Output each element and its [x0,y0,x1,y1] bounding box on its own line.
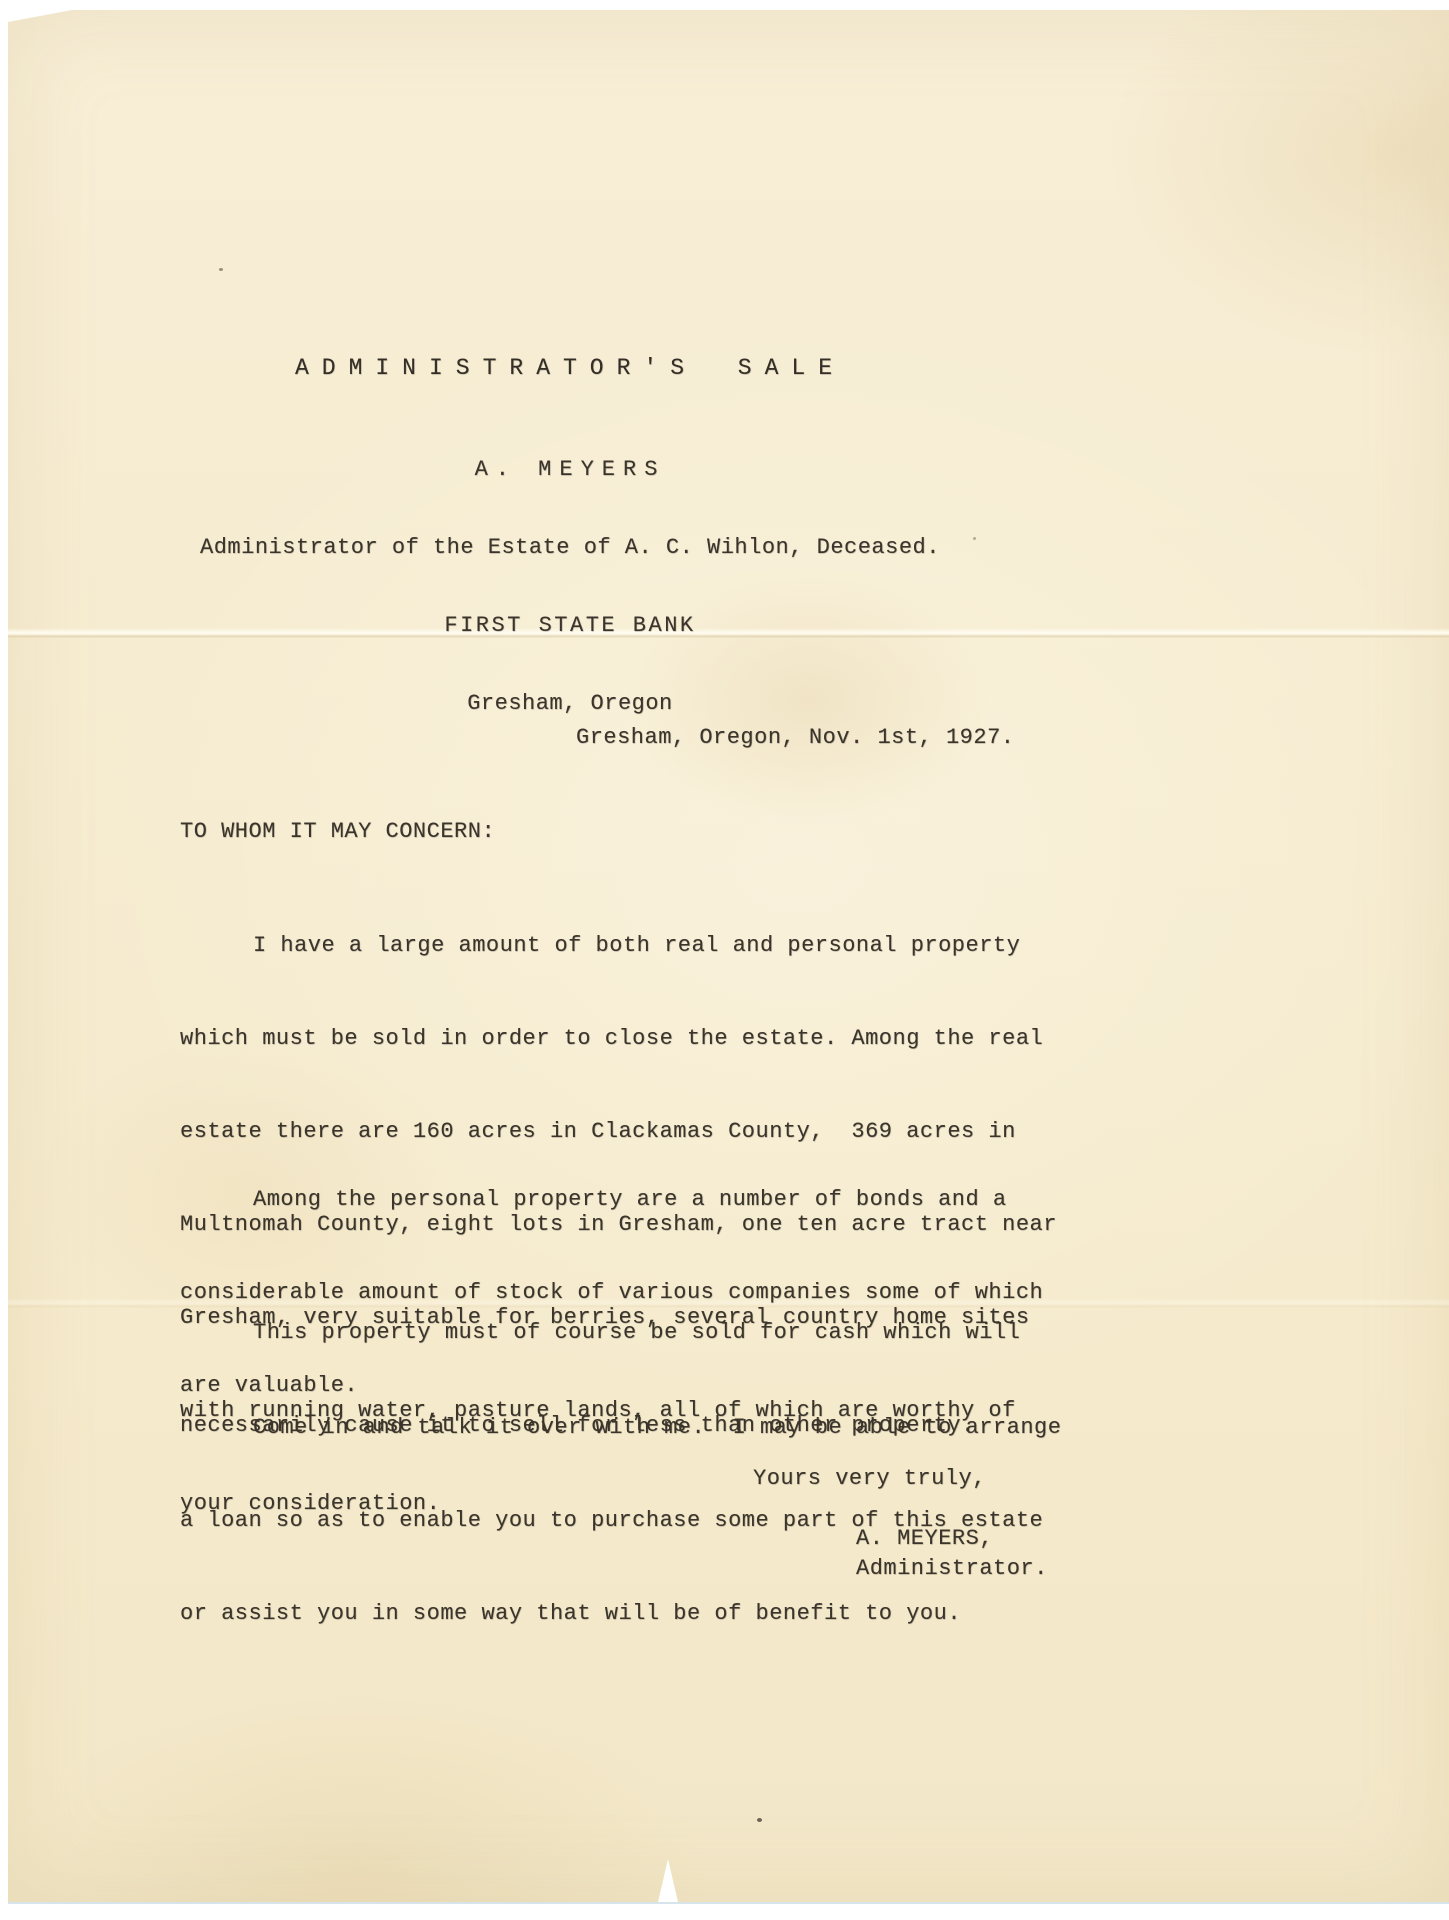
paragraph-line: I have a large amount of both real and p… [180,930,1057,961]
issuer-city: Gresham, Oregon [127,691,1013,717]
scanned-letter: ADMINISTRATOR'S SALE A. MEYERS Administr… [0,0,1449,1920]
salutation: TO WHOM IT MAY CONCERN: [180,816,495,847]
paragraph-line: Come in and talk it over with me. I may … [180,1412,1061,1443]
letter-page: ADMINISTRATOR'S SALE A. MEYERS Administr… [8,10,1449,1904]
signature-title: Administrator. [856,1553,1048,1584]
issuer-role-line: Administrator of the Estate of A. C. Wih… [127,535,1013,561]
paper-edge-tear [658,1859,678,1902]
paragraph-4: Come in and talk it over with me. I may … [180,1350,1061,1691]
paper-speck [757,1818,762,1822]
signature-name: A. MEYERS, [856,1523,993,1554]
paragraph-line: which must be sold in order to close the… [180,1023,1057,1054]
paper-speck [219,268,223,271]
closing: Yours very truly, [753,1463,986,1494]
dateline: Gresham, Oregon, Nov. 1st, 1927. [576,722,1014,753]
paragraph-line: This property must of course be sold for… [180,1317,1020,1348]
issuer-name: A. MEYERS [127,457,1013,483]
letter-header: A. MEYERS Administrator of the Estate of… [127,405,1013,769]
paragraph-line: Among the personal property are a number… [180,1184,1043,1215]
paragraph-line: or assist you in some way that will be o… [180,1598,1061,1629]
paper-corner-cut [8,10,72,22]
issuer-bank-name: FIRST STATE BANK [127,613,1013,639]
letter-title: ADMINISTRATOR'S SALE [127,353,1013,384]
